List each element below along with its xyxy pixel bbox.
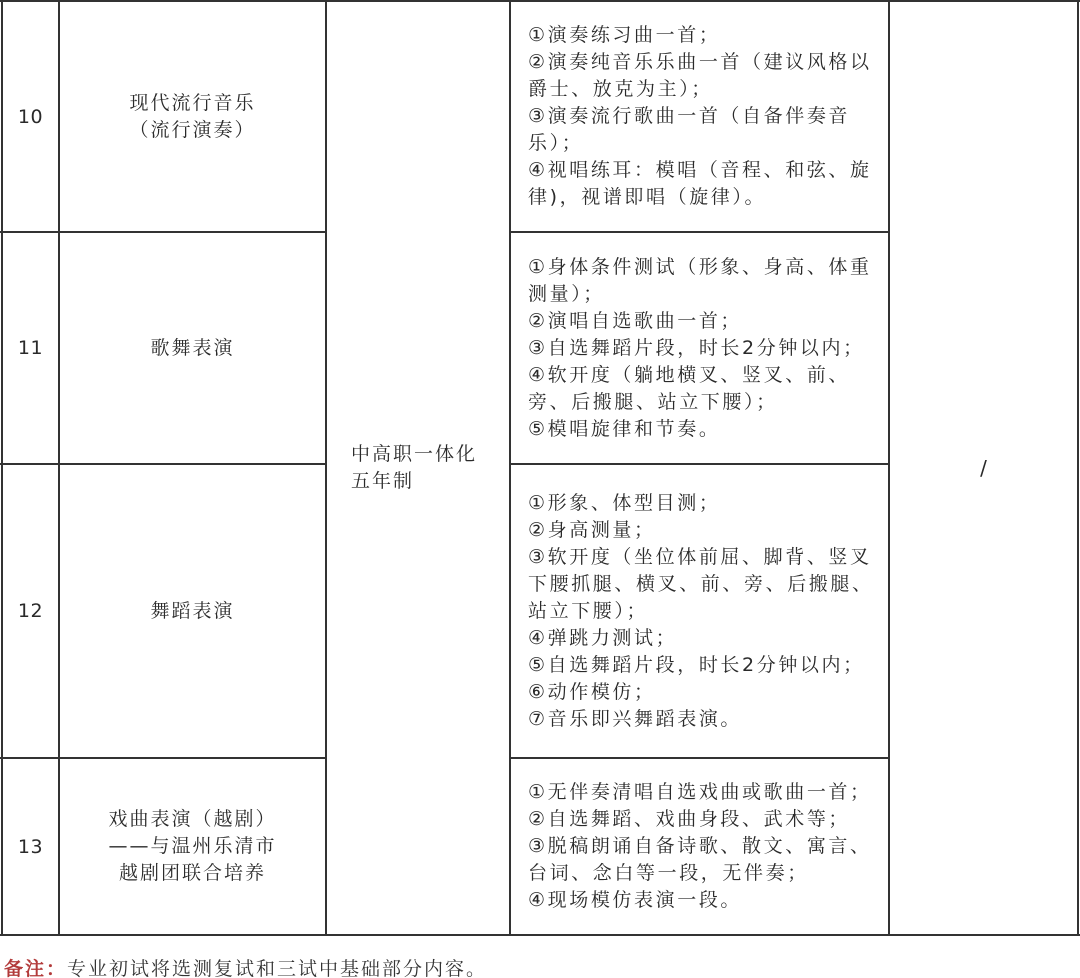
requirement-item: ②演唱自选歌曲一首； xyxy=(528,308,884,335)
school-system-line: 中高职一体化 xyxy=(351,441,477,468)
requirement-item: ③演奏流行歌曲一首（自备伴奏音乐）； xyxy=(528,103,884,157)
requirement-item: ②自选舞蹈、戏曲身段、武术等； xyxy=(528,806,888,833)
requirements-list: ①身体条件测试（形象、身高、体重测量）； ②演唱自选歌曲一首； ③自选舞蹈片段，… xyxy=(528,254,884,443)
requirement-item: ②身高测量； xyxy=(528,517,884,544)
major-line: 越剧团联合培养 xyxy=(108,860,276,887)
table-border-bottom xyxy=(0,934,1080,936)
school-system-cell: 中高职一体化 五年制 xyxy=(327,2,509,934)
requirement-item: ①形象、体型目测； xyxy=(528,490,884,517)
major-cell: 戏曲表演（越剧） ——与温州乐清市 越剧团联合培养 xyxy=(60,759,325,934)
major-cell: 歌舞表演 xyxy=(60,233,325,463)
major-line: 现代流行音乐 xyxy=(129,90,255,117)
row-number: 13 xyxy=(3,759,58,934)
requirement-item: ③软开度（坐位体前屈、脚背、竖叉下腰抓腿、横叉、前、旁、后搬腿、站立下腰）； xyxy=(528,544,884,625)
requirement-item: ①演奏练习曲一首； xyxy=(528,22,884,49)
row-number-text: 11 xyxy=(18,337,43,359)
requirements-cell: ①无伴奏清唱自选戏曲或歌曲一首； ②自选舞蹈、戏曲身段、武术等； ③脱稿朗诵自备… xyxy=(511,759,888,934)
requirement-item: ①无伴奏清唱自选戏曲或歌曲一首； xyxy=(528,779,888,806)
requirement-item: ①身体条件测试（形象、身高、体重测量）； xyxy=(528,254,884,308)
row-number-text: 13 xyxy=(18,836,43,858)
requirements-list: ①无伴奏清唱自选戏曲或歌曲一首； ②自选舞蹈、戏曲身段、武术等； ③脱稿朗诵自备… xyxy=(528,779,888,914)
requirements-list: ①形象、体型目测； ②身高测量； ③软开度（坐位体前屈、脚背、竖叉下腰抓腿、横叉… xyxy=(528,490,884,733)
major-cell: 舞蹈表演 xyxy=(60,465,325,757)
exam-requirements-table: 10 现代流行音乐 （流行演奏） ①演奏练习曲一首； ②演奏纯音乐乐曲一首（建议… xyxy=(0,0,1080,978)
row-number: 10 xyxy=(3,2,58,231)
requirement-item: ⑤模唱旋律和节奏。 xyxy=(528,416,884,443)
requirement-item: ⑤自选舞蹈片段，时长2分钟以内； xyxy=(528,652,884,679)
major-cell: 现代流行音乐 （流行演奏） xyxy=(60,2,325,231)
requirements-cell: ①形象、体型目测； ②身高测量； ③软开度（坐位体前屈、脚背、竖叉下腰抓腿、横叉… xyxy=(511,465,888,757)
not-applicable-mark: / xyxy=(980,456,987,480)
row-number-text: 12 xyxy=(18,600,43,622)
table-border-right xyxy=(1077,0,1079,936)
requirement-item: ④视唱练耳：模唱（音程、和弦、旋律)，视谱即唱（旋律）。 xyxy=(528,157,884,211)
major-line: 歌舞表演 xyxy=(150,335,234,362)
row-number-text: 10 xyxy=(18,106,43,128)
requirement-item: ③脱稿朗诵自备诗歌、散文、寓言、台词、念白等一段，无伴奏； xyxy=(528,833,888,887)
requirement-item: ④软开度（躺地横叉、竖叉、前、旁、后搬腿、站立下腰）； xyxy=(528,362,884,416)
requirement-item: ③自选舞蹈片段，时长2分钟以内； xyxy=(528,335,884,362)
school-system-line: 五年制 xyxy=(351,468,477,495)
major-line: ——与温州乐清市 xyxy=(108,833,276,860)
row-number: 11 xyxy=(3,233,58,463)
requirements-list: ①演奏练习曲一首； ②演奏纯音乐乐曲一首（建议风格以爵士、放克为主）； ③演奏流… xyxy=(528,22,884,211)
requirement-item: ④弹跳力测试； xyxy=(528,625,884,652)
requirement-item: ⑥动作模仿； xyxy=(528,679,884,706)
requirement-item: ④现场模仿表演一段。 xyxy=(528,887,888,914)
requirement-item: ⑦音乐即兴舞蹈表演。 xyxy=(528,706,884,733)
requirement-item: ②演奏纯音乐乐曲一首（建议风格以爵士、放克为主）； xyxy=(528,49,884,103)
note-text: 专业初试将选测复试和三试中基础部分内容。 xyxy=(67,958,487,978)
note-label: 备注： xyxy=(4,958,67,978)
major-line: （流行演奏） xyxy=(129,117,255,144)
row-number: 12 xyxy=(3,465,58,757)
requirements-cell: ①身体条件测试（形象、身高、体重测量）； ②演唱自选歌曲一首； ③自选舞蹈片段，… xyxy=(511,233,888,463)
footnote: 备注：专业初试将选测复试和三试中基础部分内容。 xyxy=(4,954,487,978)
major-line: 戏曲表演（越剧） xyxy=(108,806,276,833)
last-column-cell: / xyxy=(890,2,1077,934)
major-line: 舞蹈表演 xyxy=(150,598,234,625)
requirements-cell: ①演奏练习曲一首； ②演奏纯音乐乐曲一首（建议风格以爵士、放克为主）； ③演奏流… xyxy=(511,2,888,231)
